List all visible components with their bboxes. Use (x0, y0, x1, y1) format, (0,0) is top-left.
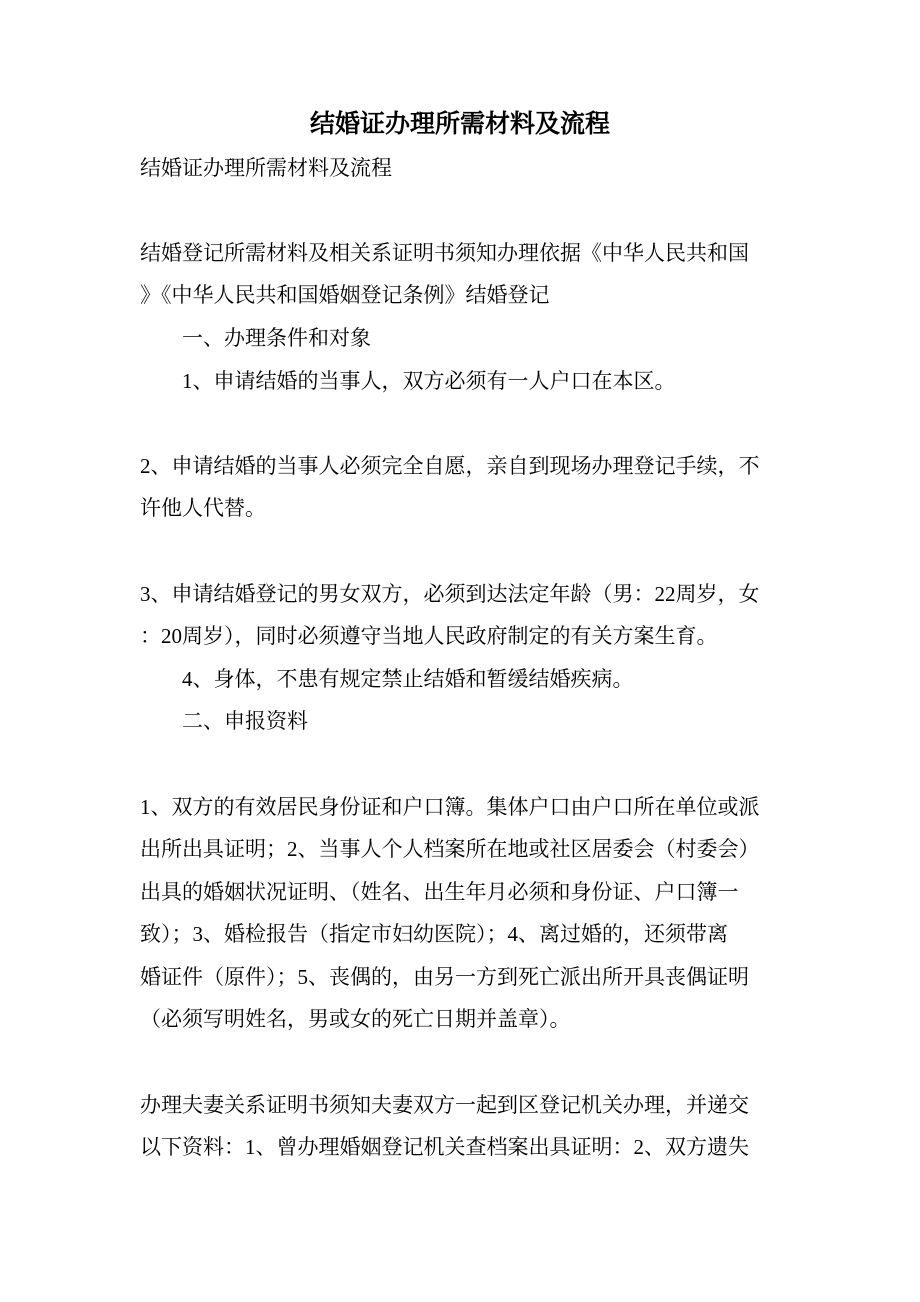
para-materials-line-4: 致）；3、婚检报告（指定市妇幼医院）；4、离过婚的，还须带离 (140, 913, 780, 956)
para-intro-line-1: 结婚登记所需材料及相关系证明书须知办理依据《中华人民共和国 (140, 232, 780, 275)
para-condition-3-line-2: ：20周岁），同时必须遵守当地人民政府制定的有关方案生育。 (140, 615, 780, 658)
para-intro-line-2: 》《中华人民共和国婚姻登记条例》结婚登记 (140, 274, 780, 317)
document-content: 结婚证办理所需材料及流程结婚证办理所需材料及流程结婚登记所需材料及相关系证明书须… (140, 104, 780, 1169)
document-page: 结婚证办理所需材料及流程结婚证办理所需材料及流程结婚登记所需材料及相关系证明书须… (0, 0, 920, 1302)
heading-section-1-line-1: 一、办理条件和对象 (140, 317, 780, 360)
doc-subtitle: 结婚证办理所需材料及流程 (140, 147, 780, 190)
doc-subtitle-line-1: 结婚证办理所需材料及流程 (140, 147, 780, 190)
heading-section-2: 二、申报资料 (140, 700, 780, 743)
para-intro: 结婚登记所需材料及相关系证明书须知办理依据《中华人民共和国》《中华人民共和国婚姻… (140, 232, 780, 317)
para-condition-4-line-1: 4、身体，不患有规定禁止结婚和暂缓结婚疾病。 (140, 658, 780, 701)
doc-title-line-1: 结婚证办理所需材料及流程 (140, 104, 780, 147)
para-condition-2-line-1: 2、申请结婚的当事人必须完全自愿，亲自到现场办理登记手续，不 (140, 445, 780, 488)
heading-section-2-line-1: 二、申报资料 (140, 700, 780, 743)
para-condition-2-line-2: 许他人代替。 (140, 487, 780, 530)
para-materials-line-3: 出具的婚姻状况证明、（姓名、出生年月必须和身份证、户口簿一 (140, 871, 780, 914)
para-spouse-cert-line-1: 办理夫妻关系证明书须知夫妻双方一起到区登记机关办理，并递交 (140, 1084, 780, 1127)
doc-title: 结婚证办理所需材料及流程 (140, 104, 780, 147)
para-materials-line-2: 出所出具证明；2、当事人个人档案所在地或社区居委会（村委会） (140, 828, 780, 871)
para-condition-3-line-1: 3、申请结婚登记的男女双方，必须到达法定年龄（男：22周岁，女 (140, 573, 780, 616)
para-materials-line-6: （必须写明姓名，男或女的死亡日期并盖章）。 (140, 998, 780, 1041)
para-spouse-cert: 办理夫妻关系证明书须知夫妻双方一起到区登记机关办理，并递交以下资料：1、曾办理婚… (140, 1084, 780, 1169)
para-spouse-cert-line-2: 以下资料：1、曾办理婚姻登记机关查档案出具证明：2、双方遗失 (140, 1126, 780, 1169)
para-condition-1: 1、申请结婚的当事人，双方必须有一人户口在本区。 (140, 360, 780, 403)
para-materials-line-5: 婚证件（原件）；5、丧偶的，由另一方到死亡派出所开具丧偶证明 (140, 956, 780, 999)
para-condition-1-line-1: 1、申请结婚的当事人，双方必须有一人户口在本区。 (140, 360, 780, 403)
para-condition-2: 2、申请结婚的当事人必须完全自愿，亲自到现场办理登记手续，不许他人代替。 (140, 445, 780, 530)
heading-section-1: 一、办理条件和对象 (140, 317, 780, 360)
para-materials-line-1: 1、双方的有效居民身份证和户口簿。集体户口由户口所在单位或派 (140, 786, 780, 829)
para-condition-3: 3、申请结婚登记的男女双方，必须到达法定年龄（男：22周岁，女：20周岁），同时… (140, 573, 780, 658)
para-condition-4: 4、身体，不患有规定禁止结婚和暂缓结婚疾病。 (140, 658, 780, 701)
para-materials: 1、双方的有效居民身份证和户口簿。集体户口由户口所在单位或派出所出具证明；2、当… (140, 786, 780, 1042)
